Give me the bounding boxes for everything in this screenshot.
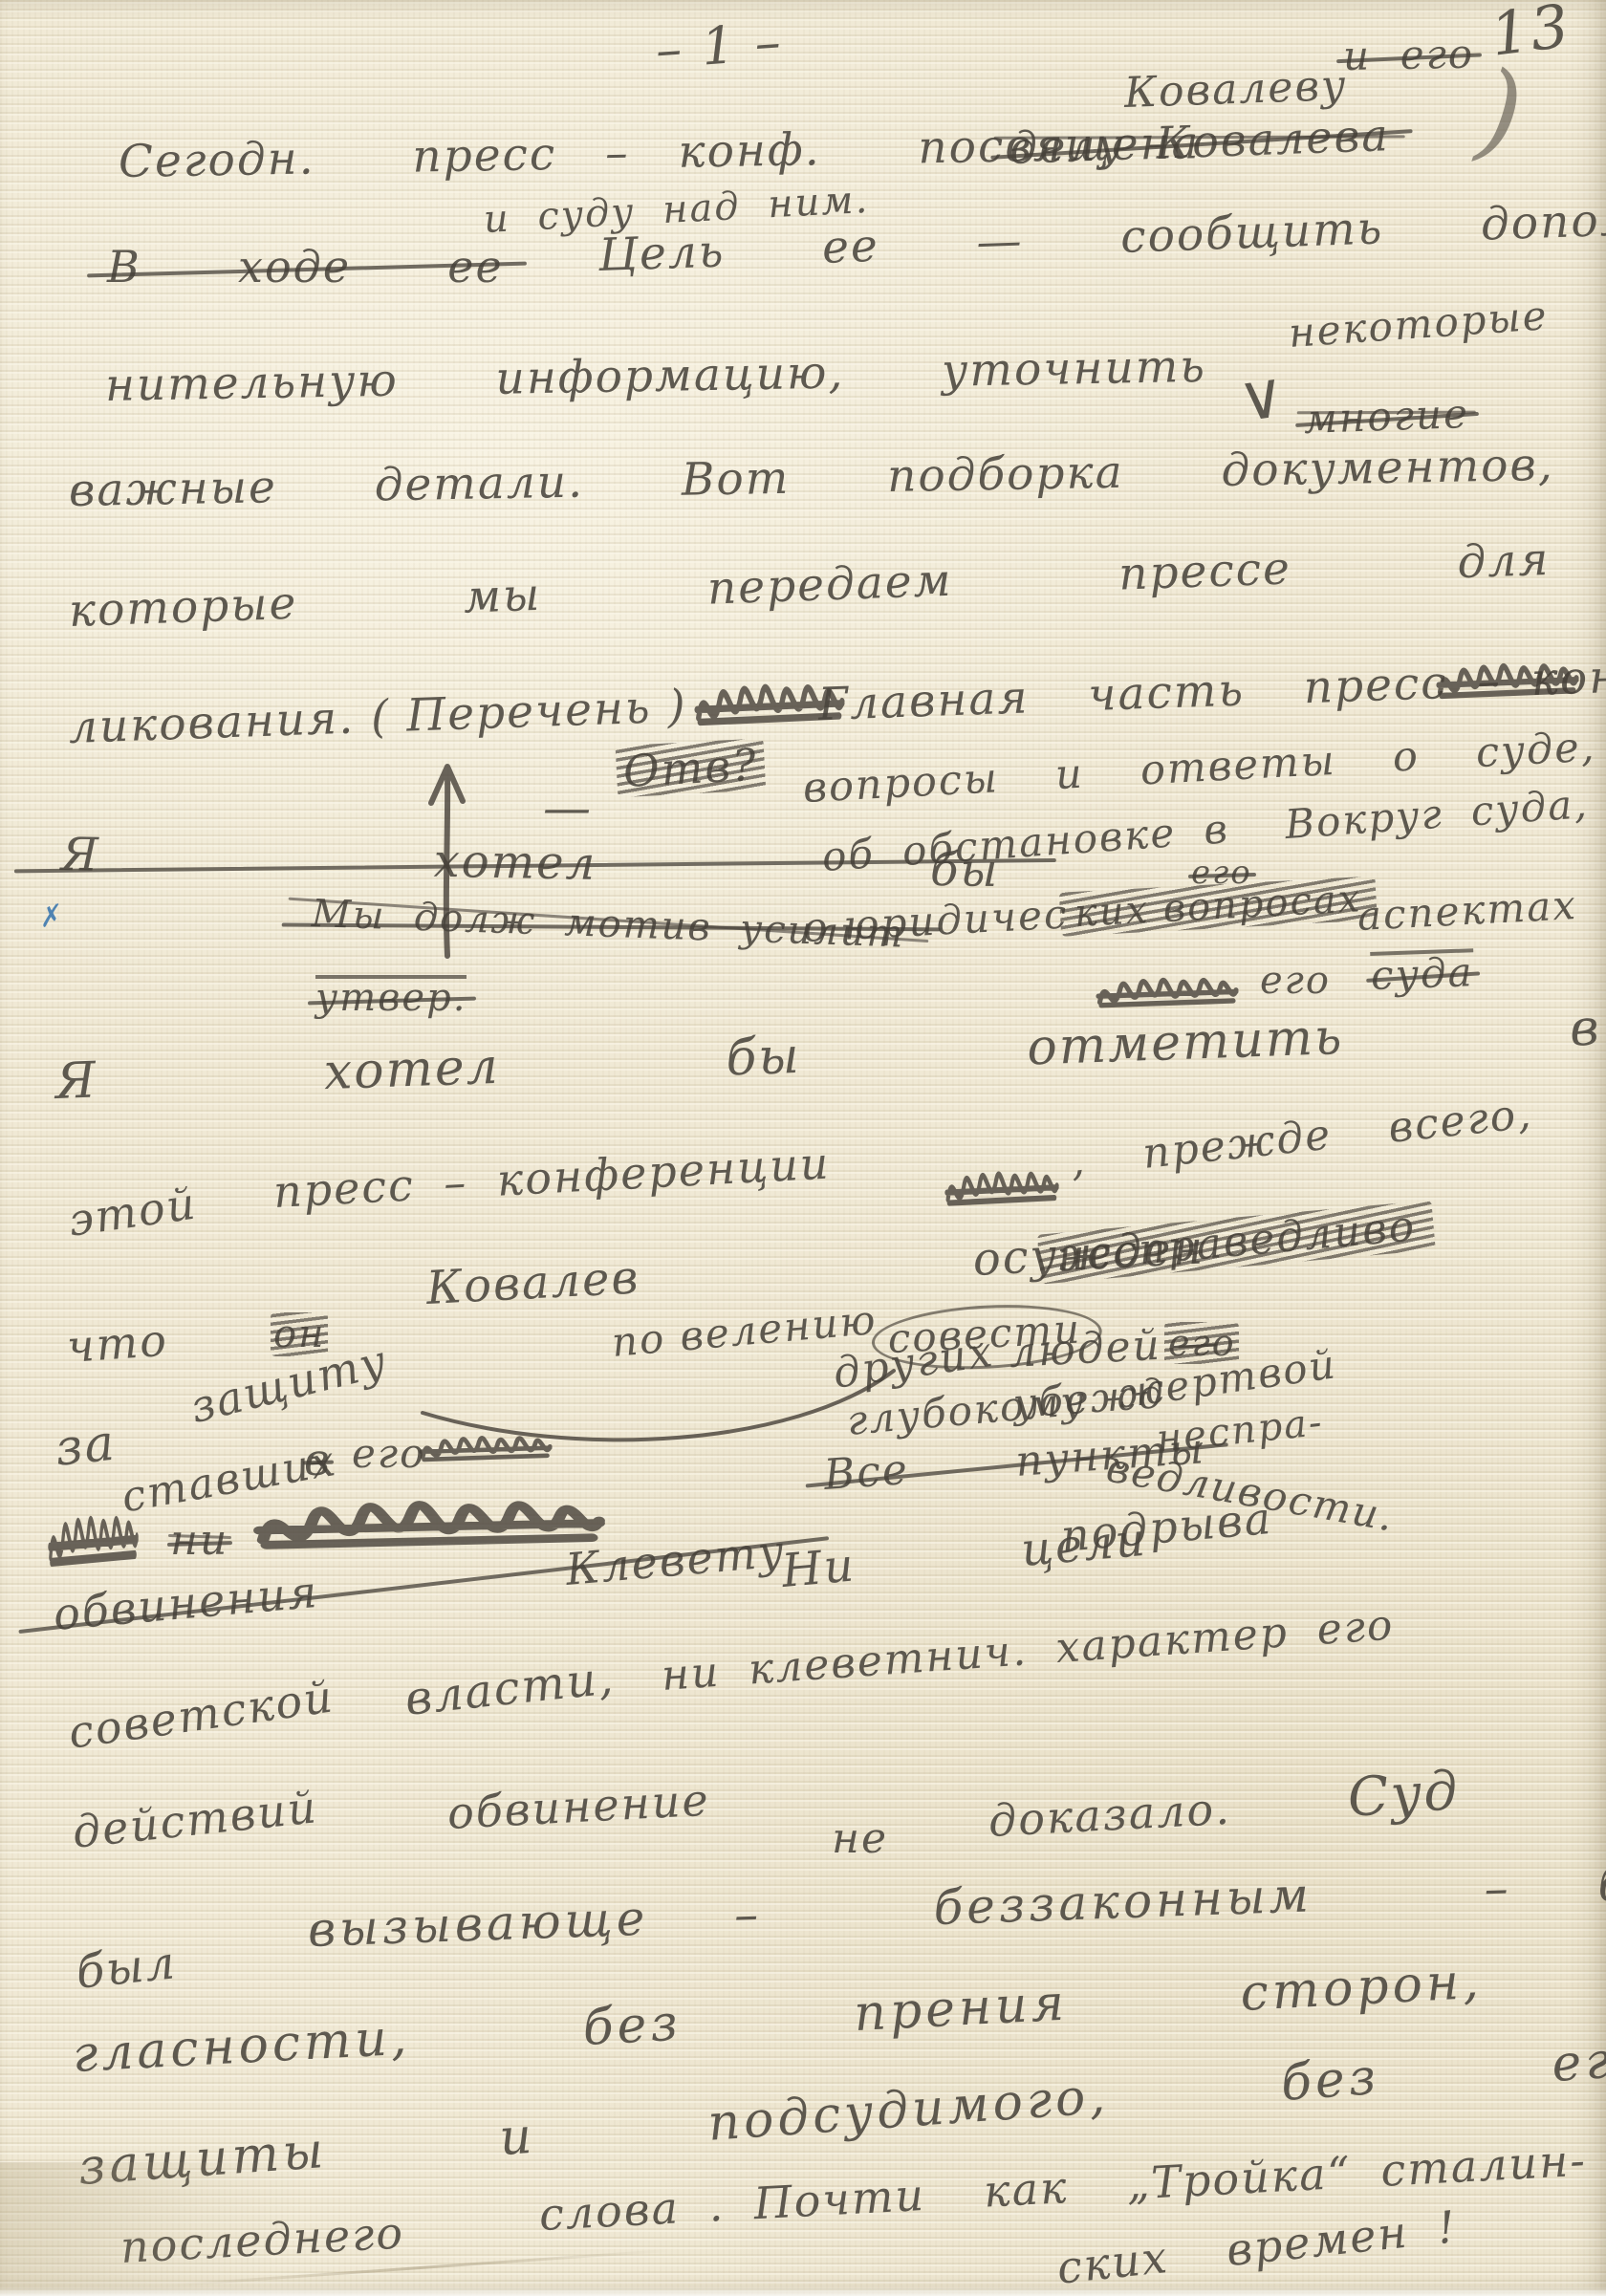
para3-line-6-start: последнего <box>119 2210 405 2268</box>
para3-line-2-b: обвинение <box>446 1778 711 1835</box>
aside-dash: — <box>543 784 593 832</box>
para2-line-2-start: этой <box>66 1180 200 1242</box>
para3-line-1-mid: власти, <box>402 1655 617 1722</box>
para3-line-2-c: не <box>832 1818 888 1860</box>
para2-line-2-end: , прежде всего, <box>1069 1093 1534 1182</box>
para2-line-2-mid: пресс – конференции <box>272 1141 832 1214</box>
para2-line-2-scribble <box>944 1151 1059 1227</box>
para3-line-1-start: советской <box>66 1674 336 1754</box>
line-3-deletion: многие <box>1303 394 1469 440</box>
line-6: ликования. ( Перечень ) <box>68 683 687 750</box>
deleted-ni: ни <box>170 1520 228 1562</box>
deleted-scribble-svoim <box>419 1420 553 1478</box>
word-podryva: подрыва <box>1059 1496 1274 1558</box>
para3-line-1-end: ни клеветнич. характер его <box>660 1604 1395 1697</box>
insertion-paren-mark: ) <box>1473 55 1530 167</box>
word-ego: его <box>352 1434 425 1474</box>
para2-line-1: Я хотел бы отметить в начале <box>54 988 1606 1107</box>
line-1-insertion-above: Ковалеву <box>1123 65 1348 115</box>
para3-line-6-end: ских времен ! <box>1055 2204 1460 2290</box>
paper-bottom-edge <box>0 2286 1606 2296</box>
para3-line-3-start: был <box>74 1939 178 1996</box>
para3-line-2-e: Суд <box>1346 1765 1461 1826</box>
line-2-deletion: В ходе ее <box>107 245 504 289</box>
aside-line-3-deletion-above: его <box>1191 856 1252 889</box>
blue-check-mark: ✗ <box>35 900 65 932</box>
deleted-word-utver: утвер. <box>315 975 467 1017</box>
aside-line-4-word: его <box>1260 962 1331 1000</box>
aside-line-3-end: аспектах <box>1356 885 1578 937</box>
para3-line-2-a: действий <box>71 1785 320 1854</box>
line-3-insertion: некоторые <box>1288 295 1550 354</box>
para3-line-2-d: доказало. <box>987 1787 1232 1843</box>
manuscript-page: 13 и его – 1 – Сегодн. пресс – конф. пос… <box>0 0 1606 2296</box>
deleted-note-top: и его <box>1343 34 1475 76</box>
para2-line-3-start: что <box>65 1318 169 1369</box>
line-5: которые мы передаем прессе для опуб- <box>68 527 1606 634</box>
aside-line-4-deletion: суда <box>1370 948 1474 996</box>
para2-line-3-scribble: несправедливо <box>1055 1205 1418 1279</box>
insertion-caret-icon: ∨ <box>1234 362 1291 431</box>
scribble-above-line-6 <box>1436 642 1579 721</box>
line-1-deletion: делу Ковалева <box>1009 113 1390 170</box>
line-3: нительную информацию, уточнить <box>105 344 1207 408</box>
deleted-phrase-ya-khotel: Я хотел бы <box>61 832 1000 894</box>
aside-deletion-otv: Отв? <box>622 743 759 793</box>
word-za: за <box>53 1419 118 1474</box>
page-title: – 1 – <box>654 16 784 76</box>
para2-line-3-small-deletion: он <box>273 1315 325 1354</box>
line-4: важные детали. Вот подборка документов, <box>69 443 1555 513</box>
para3-line-3-main: вызывающе – беззаконным – без <box>307 1857 1606 1954</box>
